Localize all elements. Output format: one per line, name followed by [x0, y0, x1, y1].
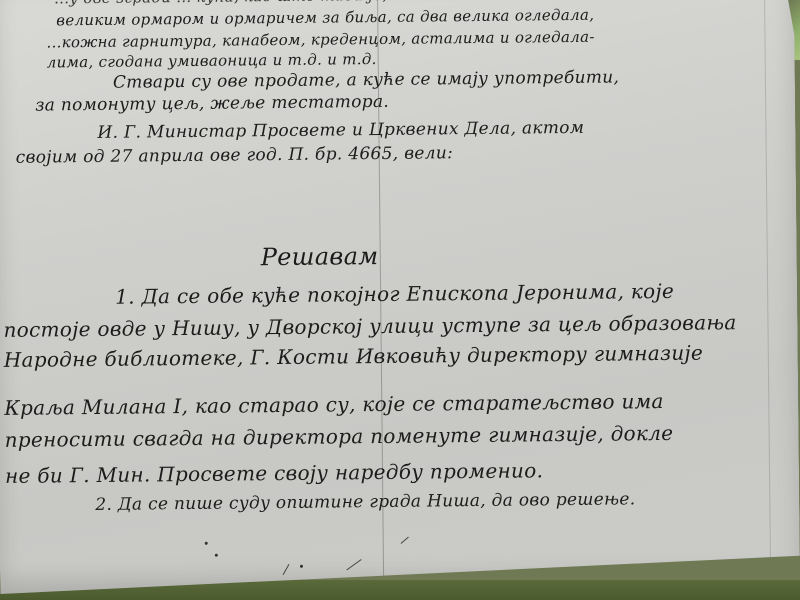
- header-line-7: И. Г. Министар Просвете и Црквених Дела,…: [97, 118, 584, 143]
- resolution-1-line-6: не би Г. Мин. Просвете своју наредбу про…: [5, 458, 543, 488]
- resolution-1-line-3: Народне библиотеке, Г. Кости Ивковићу ди…: [4, 341, 704, 372]
- resolution-1-line-2: постоје овде у Нишу, у Дворској улици ус…: [3, 310, 736, 342]
- ink-stroke: [283, 564, 290, 575]
- document-page: ...у ове згради ... кућа, као што тада ј…: [0, 0, 800, 594]
- header-line-6: за помонуту цељ, жеље тестатора.: [35, 92, 389, 116]
- document-heading: Решавам: [261, 242, 379, 271]
- resolution-1-line-5: преносити свагда на директора поменуте г…: [5, 421, 674, 452]
- ink-speck: [215, 554, 218, 557]
- ink-stroke: [346, 559, 361, 570]
- paper-edge-line: [764, 0, 771, 588]
- header-line-3: ...кожна гарнитура, канабеом, креденцом,…: [46, 28, 594, 52]
- header-line-2: великим ормаром и ормаричем за биља, са …: [56, 6, 594, 30]
- ink-speck: [205, 542, 208, 545]
- resolution-2-line-1: 2. Да се пише суду општине града Ниша, д…: [95, 489, 635, 515]
- ink-speck: [300, 565, 303, 568]
- header-line-5: Ствари су ове продате, а куће се имају у…: [113, 67, 619, 92]
- header-line-1: ...у ове згради ... кућа, као што тада ј…: [54, 0, 411, 7]
- header-line-4: лима, сгодана умиваоница и т.д. и т.д.: [47, 50, 377, 71]
- ink-stroke: [401, 537, 409, 544]
- header-line-8: својим од 27 априла ове год. П. бр. 4665…: [16, 143, 454, 168]
- resolution-1-line-4: Краља Милана I, као старао су, које се с…: [4, 389, 664, 420]
- resolution-1-line-1: 1. Да се обе куће покојног Епископа Јеро…: [115, 279, 674, 309]
